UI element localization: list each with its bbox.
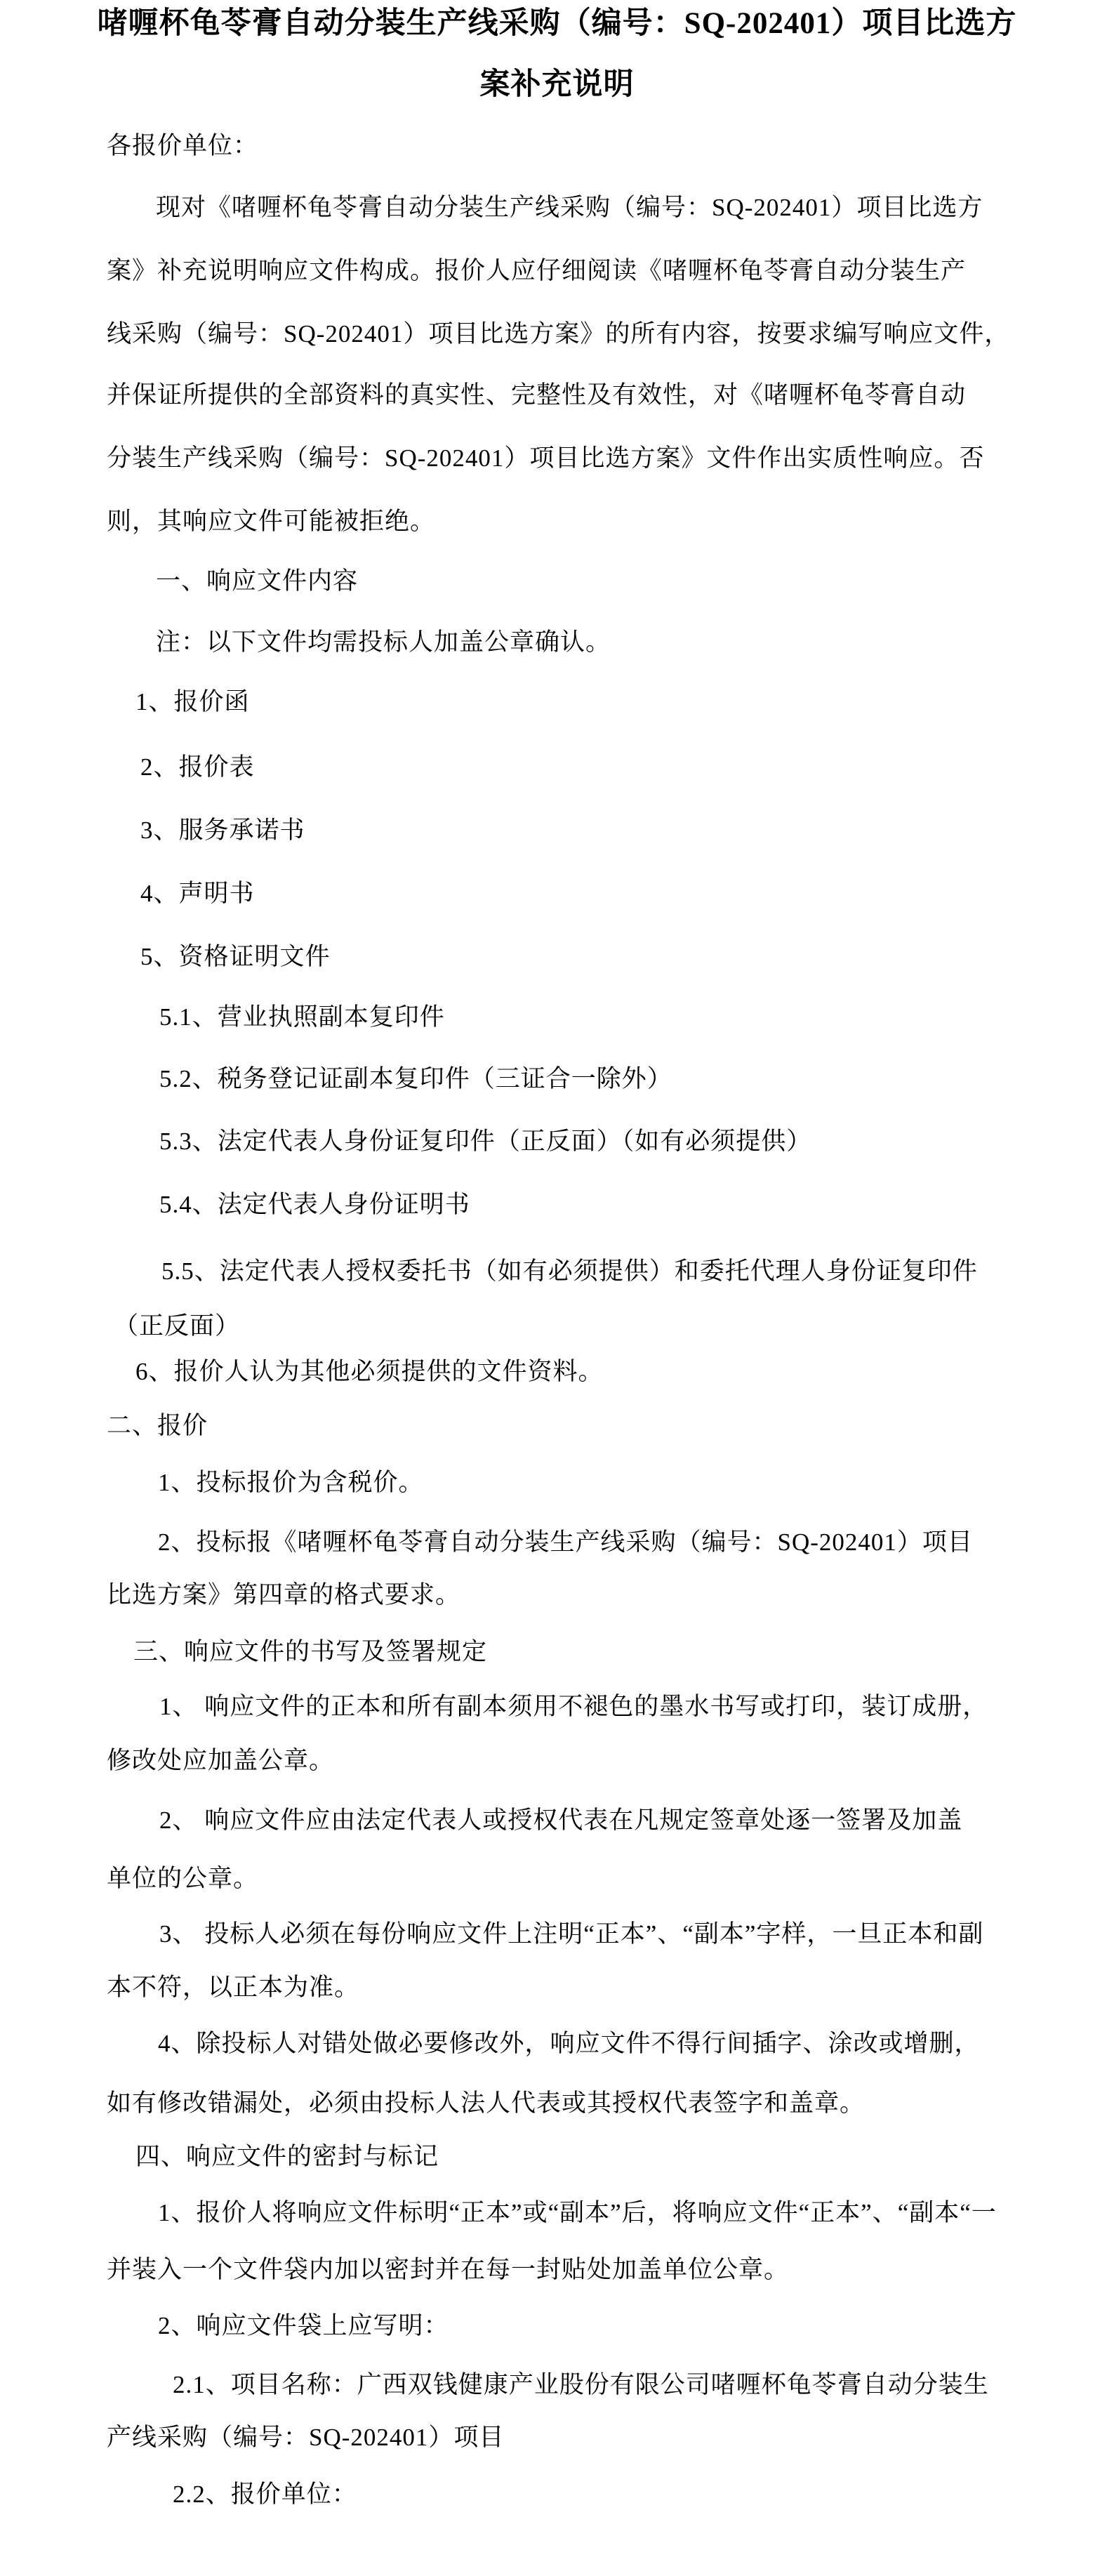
paragraph-line: 则，其响应文件可能被拒绝。 (107, 508, 435, 535)
list-item: 1、报价函 (135, 689, 250, 715)
list-item-wrap: （正反面） (114, 1313, 240, 1340)
list-item: 2、投标报《啫喱杯龟苓膏自动分装生产线采购（编号：SQ-202401）项目 (158, 1529, 973, 1556)
paragraph-line: 分装生产线采购（编号：SQ-202401）项目比选方案》文件作出实质性响应。否 (107, 445, 984, 472)
paragraph-line: 线采购（编号：SQ-202401）项目比选方案》的所有内容，按要求编写响应文件， (107, 321, 1009, 348)
paragraph-line: 修改处应加盖公章。 (107, 1748, 334, 1774)
paragraph-line: 如有修改错漏处，必须由投标人法人代表或其授权代表签字和盖章。 (107, 2090, 865, 2117)
paragraph-line: 案》补充说明响应文件构成。报价人应仔细阅读《啫喱杯龟苓膏自动分装生产 (107, 258, 966, 284)
salutation-line: 各报价单位： (107, 133, 258, 159)
list-item: 2.2、报价单位： (173, 2481, 357, 2508)
list-item: 2、报价表 (140, 754, 255, 781)
list-item: 1、报价人将响应文件标明“正本”或“副本”后，将响应文件“正本”、“副本“一 (158, 2200, 997, 2226)
paragraph-line: 并保证所提供的全部资料的真实性、完整性及有效性，对《啫喱杯龟苓膏自动 (107, 382, 966, 409)
list-item: 6、报价人认为其他必须提供的文件资料。 (135, 1359, 604, 1385)
list-item: 5、资格证明文件 (140, 944, 331, 970)
list-item: 5.4、法定代表人身份证明书 (159, 1191, 470, 1218)
paragraph-line: 产线采购（编号：SQ-202401）项目 (107, 2424, 504, 2451)
list-item: 1、 响应文件的正本和所有副本须用不褪色的墨水书写或打印，装订成册， (159, 1693, 988, 1720)
list-item: 3、 投标人必须在每份响应文件上注明“正本”、“副本”字样，一旦正本和副 (159, 1921, 983, 1948)
doc-title-line-2: 案补充说明 (0, 69, 1114, 101)
list-item: 5.3、法定代表人身份证复印件（正反面）（如有必须提供） (159, 1128, 811, 1155)
list-item: 3、服务承诺书 (140, 817, 305, 844)
list-item: 5.5、法定代表人授权委托书（如有必须提供）和委托代理人身份证复印件 (161, 1258, 978, 1285)
list-item: 2、响应文件袋上应写明： (158, 2313, 449, 2339)
list-item: 4、声明书 (140, 880, 255, 907)
section-heading-4: 四、响应文件的密封与标记 (135, 2144, 439, 2170)
paragraph-line: 现对《啫喱杯龟苓膏自动分装生产线采购（编号：SQ-202401）项目比选方 (156, 194, 983, 221)
list-item: 4、除投标人对错处做必要修改外，响应文件不得行间插字、涂改或增删， (158, 2030, 980, 2057)
section-heading-2: 二、报价 (107, 1413, 208, 1439)
list-item: 1、投标报价为含税价。 (158, 1469, 424, 1496)
paragraph-line: 并装入一个文件袋内加以密封并在每一封贴处加盖单位公章。 (107, 2257, 789, 2283)
document-page: 啫喱杯龟苓膏自动分装生产线采购（编号：SQ-202401）项目比选方 案补充说明… (0, 0, 1114, 2576)
list-item: 5.1、营业执照副本复印件 (159, 1004, 445, 1031)
section-heading-3: 三、响应文件的书写及签署规定 (133, 1639, 487, 1665)
paragraph-line: 本不符，以正本为准。 (107, 1974, 359, 2001)
list-item: 2、 响应文件应由法定代表人或授权代表在凡规定签章处逐一签署及加盖 (159, 1807, 962, 1834)
doc-title-line-1: 啫喱杯龟苓膏自动分装生产线采购（编号：SQ-202401）项目比选方 (0, 8, 1114, 40)
section-heading-1: 一、响应文件内容 (156, 568, 358, 595)
list-item: 5.2、税务登记证副本复印件（三证合一除外） (159, 1066, 672, 1092)
note-line: 注：以下文件均需投标人加盖公章确认。 (156, 629, 611, 656)
paragraph-line: 比选方案》第四章的格式要求。 (107, 1582, 460, 1609)
paragraph-line: 单位的公章。 (107, 1865, 258, 1892)
list-item: 2.1、项目名称：广西双钱健康产业股份有限公司啫喱杯龟苓膏自动分装生 (173, 2372, 989, 2398)
